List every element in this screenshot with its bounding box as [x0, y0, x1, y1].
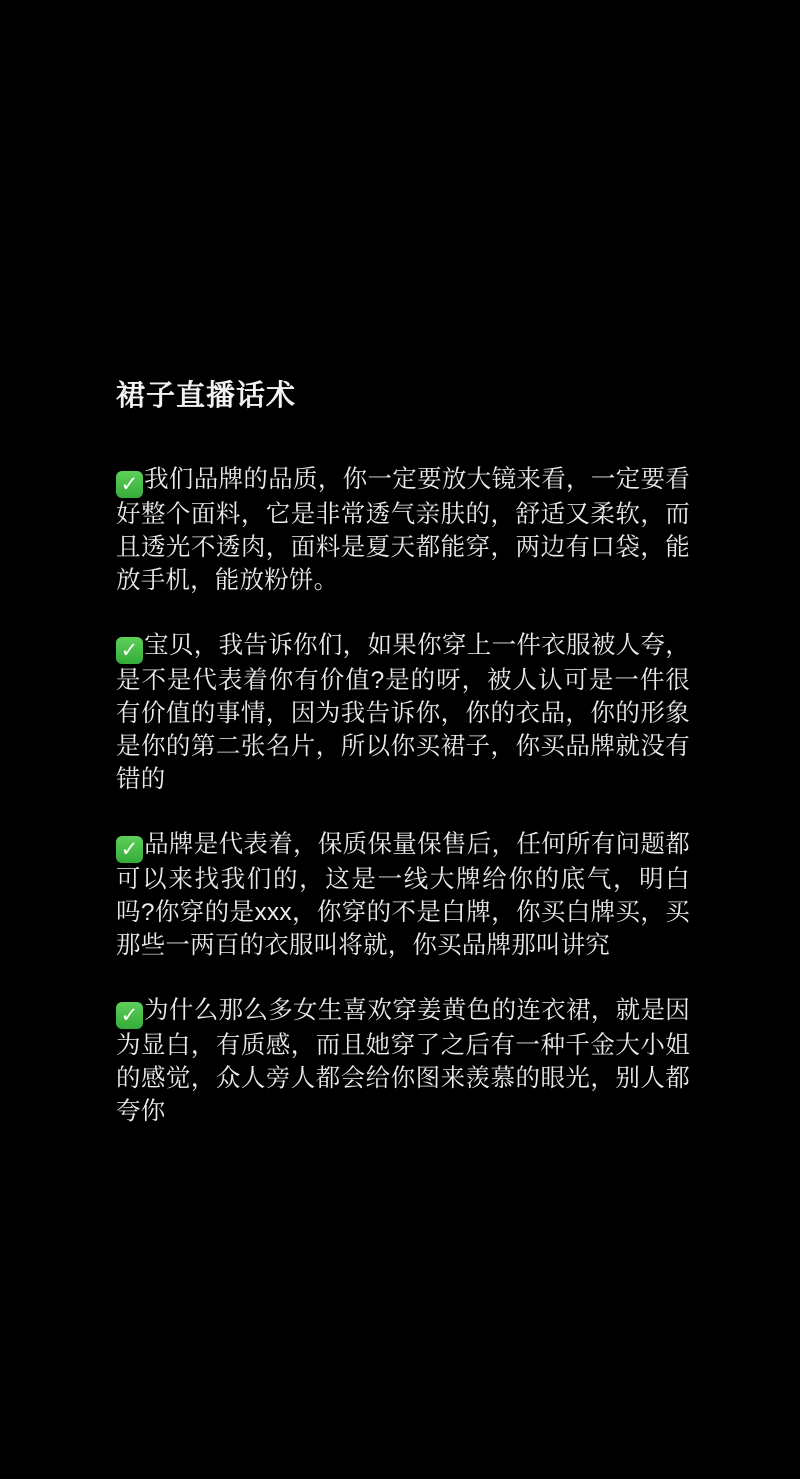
paragraph: ✓我们品牌的品质，你一定要放大镜来看，一定要看好整个面料，它是非常透气亲肤的，舒… — [116, 463, 690, 597]
check-mark-icon: ✓ — [116, 471, 143, 498]
paragraph-text: 为什么那么多女生喜欢穿姜黄色的连衣裙，就是因为显白，有质感，而且她穿了之后有一种… — [116, 997, 690, 1125]
content-area: 裙子直播话术 ✓我们品牌的品质，你一定要放大镜来看，一定要看好整个面料，它是非常… — [116, 380, 690, 1128]
paragraph-text: 品牌是代表着，保质保量保售后，任何所有问题都可以来找我们的，这是一线大牌给你的底… — [116, 831, 690, 959]
paragraph: ✓宝贝，我告诉你们，如果你穿上一件衣服被人夸，是不是代表着你有价值?是的呀，被人… — [116, 629, 690, 796]
paragraph-text: 我们品牌的品质，你一定要放大镜来看，一定要看好整个面料，它是非常透气亲肤的，舒适… — [116, 466, 690, 594]
page-title: 裙子直播话术 — [116, 380, 690, 413]
paragraph: ✓为什么那么多女生喜欢穿姜黄色的连衣裙，就是因为显白，有质感，而且她穿了之后有一… — [116, 994, 690, 1128]
paragraph-text: 宝贝，我告诉你们，如果你穿上一件衣服被人夸，是不是代表着你有价值?是的呀，被人认… — [116, 632, 690, 793]
script-page: { "page": { "background_color": "#000000… — [0, 0, 800, 1479]
check-mark-icon: ✓ — [116, 836, 143, 863]
check-mark-icon: ✓ — [116, 637, 143, 664]
paragraph: ✓品牌是代表着，保质保量保售后，任何所有问题都可以来找我们的，这是一线大牌给你的… — [116, 828, 690, 962]
check-mark-icon: ✓ — [116, 1002, 143, 1029]
